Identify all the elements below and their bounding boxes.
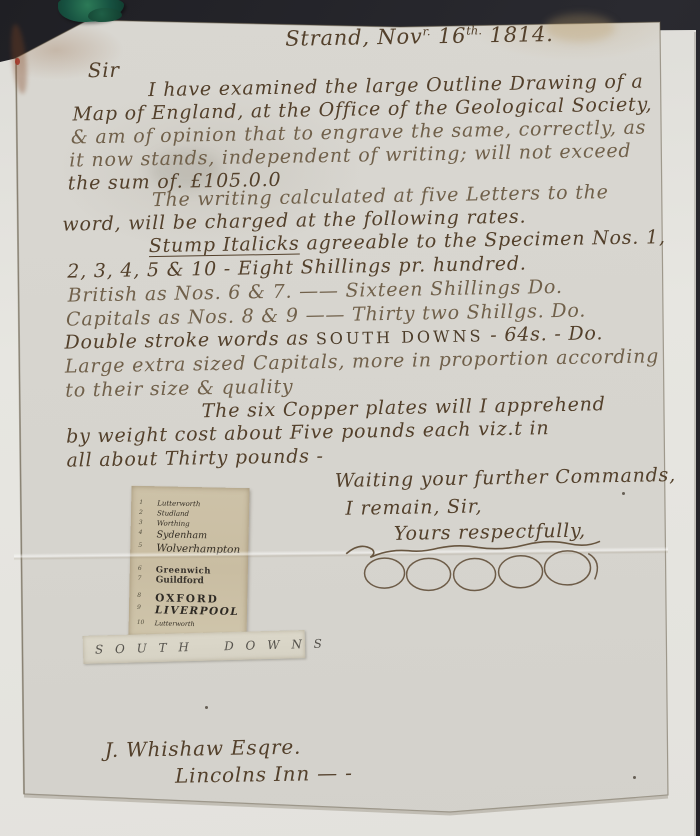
printed-caps-phrase: SOUTH DOWNS: [316, 326, 484, 348]
dateline-superscript: th.: [466, 23, 482, 37]
body-line: to their size & quality: [65, 378, 293, 401]
letter-photograph: 1Lutterworth 2Studland 3Worthing 4Sydenh…: [0, 0, 700, 836]
body-line: all about Thirty pounds -: [66, 447, 324, 470]
body-line: by weight cost about Five pounds each vi…: [66, 419, 550, 446]
dateline-text: 16: [430, 24, 466, 49]
closing-line: I remain, Sir,: [345, 497, 482, 518]
dateline-text: Strand, Nov: [285, 24, 423, 50]
signature-flourish: [326, 529, 627, 604]
body-line: The writing calculated at five Letters t…: [152, 183, 609, 210]
closing-line: Waiting your further Commands,: [335, 466, 676, 491]
underlined-phrase: Stump Italicks: [149, 233, 300, 258]
address-line: J. Whishaw Esqre.: [104, 737, 301, 760]
salutation: Sir: [88, 60, 120, 81]
address-line: Lincolns Inn — -: [175, 763, 353, 786]
body-line-text: - 64s. - Do.: [483, 322, 603, 346]
dateline: Strand, Novr. 16th. 1814.: [285, 24, 554, 50]
body-line-text: Double stroke words as: [64, 327, 316, 353]
dateline-text: 1814.: [482, 22, 554, 47]
handwriting-layer: Strand, Novr. 16th. 1814. Sir I have exa…: [0, 0, 700, 836]
